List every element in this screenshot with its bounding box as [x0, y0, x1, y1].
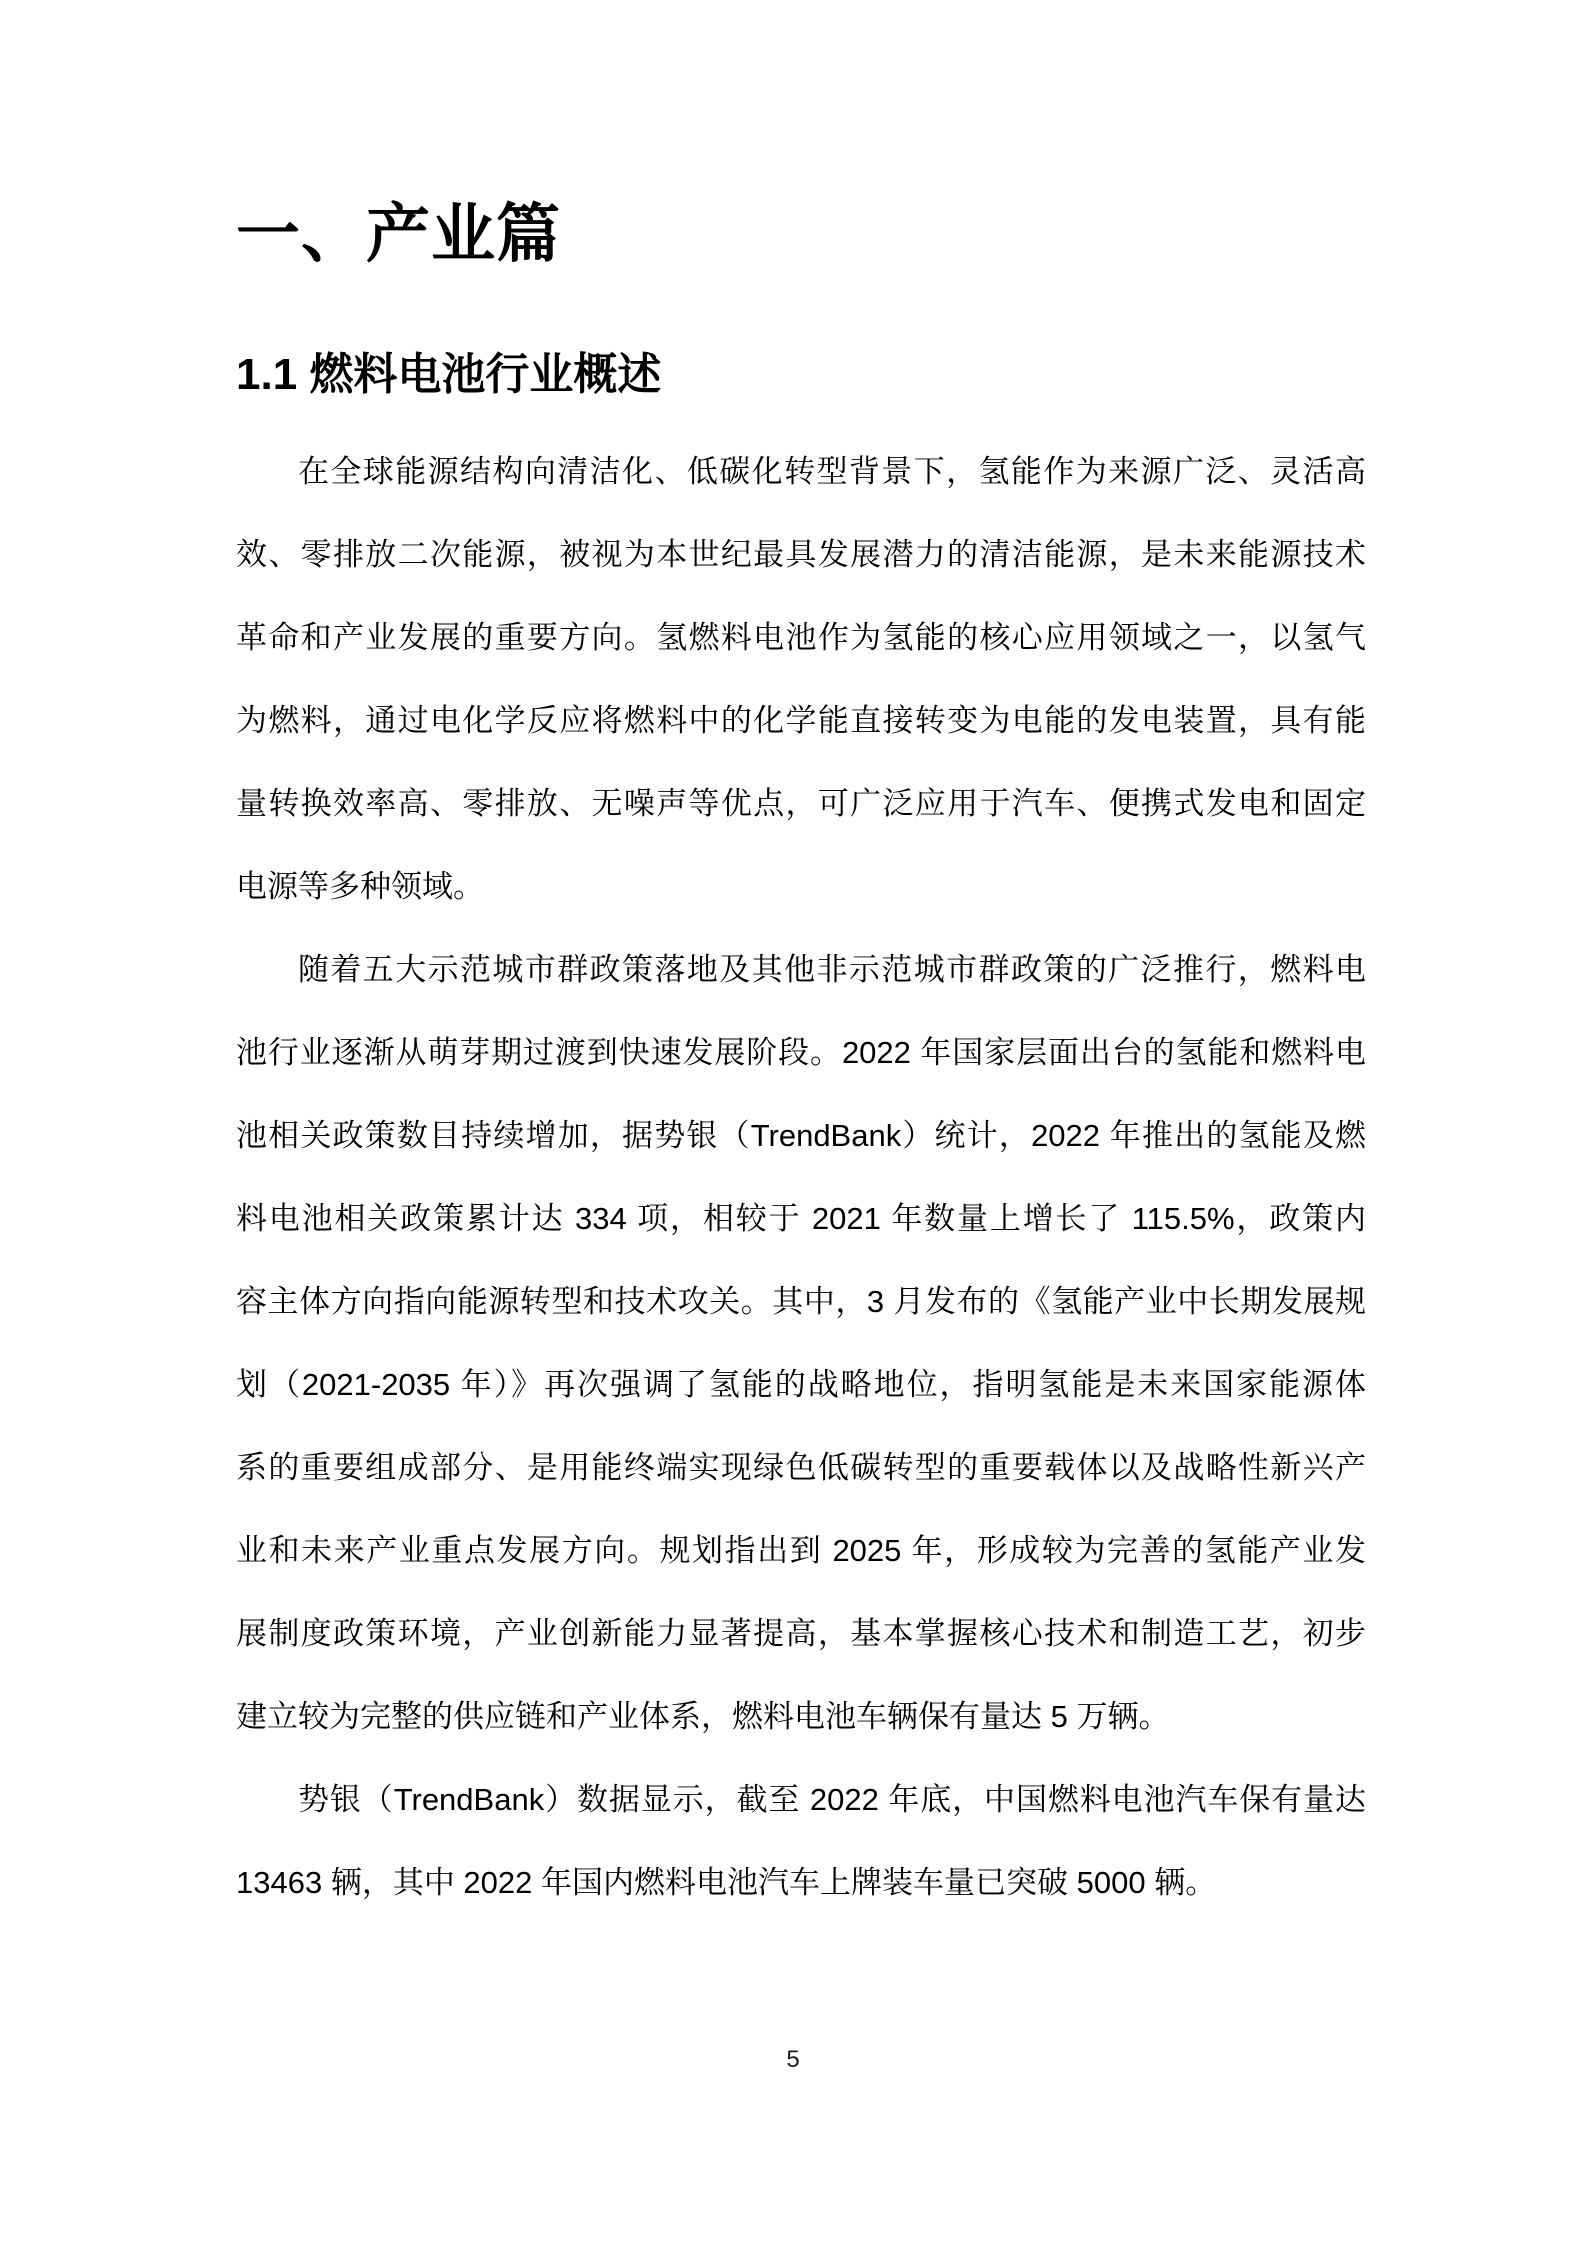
section-heading: 1.1 燃料电池行业概述	[236, 350, 661, 401]
text-line: 势银（TrendBank）数据显示，截至 2022 年底，中国燃料电池汽车保有量…	[236, 1758, 1366, 1841]
text-line: 料电池相关政策累计达 334 项，相较于 2021 年数量上增长了 115.5%…	[236, 1177, 1366, 1260]
text-line: 13463 辆，其中 2022 年国内燃料电池汽车上牌装车量已突破 5000 辆…	[236, 1841, 1366, 1924]
text-line: 在全球能源结构向清洁化、低碳化转型背景下，氢能作为来源广泛、灵活高	[236, 430, 1366, 513]
text-line: 展制度政策环境，产业创新能力显著提高，基本掌握核心技术和制造工艺，初步	[236, 1592, 1366, 1675]
text-line: 系的重要组成部分、是用能终端实现绿色低碳转型的重要载体以及战略性新兴产	[236, 1426, 1366, 1509]
text-line: 量转换效率高、零排放、无噪声等优点，可广泛应用于汽车、便携式发电和固定	[236, 762, 1366, 845]
paragraph: 随着五大示范城市群政策落地及其他非示范城市群政策的广泛推行，燃料电池行业逐渐从萌…	[236, 928, 1366, 1758]
text-line: 效、零排放二次能源，被视为本世纪最具发展潜力的清洁能源，是未来能源技术	[236, 513, 1366, 596]
chapter-heading: 一、产业篇	[236, 198, 561, 272]
text-line: 建立较为完整的供应链和产业体系，燃料电池车辆保有量达 5 万辆。	[236, 1675, 1366, 1758]
document-page: 一、产业篇 1.1 燃料电池行业概述 在全球能源结构向清洁化、低碳化转型背景下，…	[0, 0, 1586, 2244]
text-line: 为燃料，通过电化学反应将燃料中的化学能直接转变为电能的发电装置，具有能	[236, 679, 1366, 762]
paragraph: 在全球能源结构向清洁化、低碳化转型背景下，氢能作为来源广泛、灵活高效、零排放二次…	[236, 430, 1366, 928]
paragraph: 势银（TrendBank）数据显示，截至 2022 年底，中国燃料电池汽车保有量…	[236, 1758, 1366, 1924]
text-line: 池行业逐渐从萌芽期过渡到快速发展阶段。2022 年国家层面出台的氢能和燃料电	[236, 1011, 1366, 1094]
text-line: 随着五大示范城市群政策落地及其他非示范城市群政策的广泛推行，燃料电	[236, 928, 1366, 1011]
text-line: 电源等多种领域。	[236, 845, 1366, 928]
text-line: 业和未来产业重点发展方向。规划指出到 2025 年，形成较为完善的氢能产业发	[236, 1509, 1366, 1592]
text-line: 革命和产业发展的重要方向。氢燃料电池作为氢能的核心应用领域之一，以氢气	[236, 596, 1366, 679]
page-number: 5	[0, 2046, 1586, 2075]
text-line: 划（2021-2035 年）》再次强调了氢能的战略地位，指明氢能是未来国家能源体	[236, 1343, 1366, 1426]
text-line: 容主体方向指向能源转型和技术攻关。其中，3 月发布的《氢能产业中长期发展规	[236, 1260, 1366, 1343]
text-line: 池相关政策数目持续增加，据势银（TrendBank）统计，2022 年推出的氢能…	[236, 1094, 1366, 1177]
document-body: 在全球能源结构向清洁化、低碳化转型背景下，氢能作为来源广泛、灵活高效、零排放二次…	[236, 430, 1366, 1924]
